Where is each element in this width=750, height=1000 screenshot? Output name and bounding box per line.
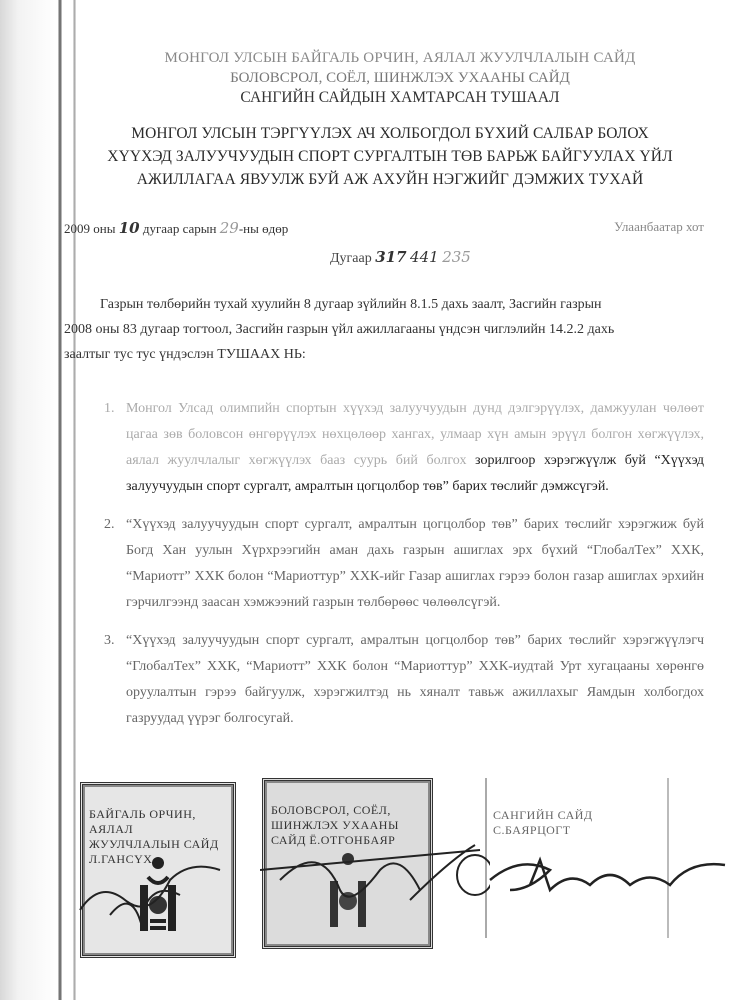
seal-text: САНГИЙН САЙД С.БАЯРЦОГТ <box>493 808 661 838</box>
number-handwritten-2: 441 <box>410 248 439 266</box>
header-ministry-1: МОНГОЛ УЛСЫН БАЙГАЛЬ ОРЧИН, АЯЛАЛ ЖУУЛЧЛ… <box>100 48 700 68</box>
preamble-line-3: заалтыг тус тус үндэслэн ТУШААХ НЬ: <box>64 342 704 367</box>
document-number: Дугаар 317 441 235 <box>330 248 471 267</box>
document-title: МОНГОЛ УЛСЫН ТЭРГҮҮЛЭХ АЧ ХОЛБОГДОЛ БҮХИ… <box>70 122 710 191</box>
document-date: 2009 оны 10 дугаар сарын 29-ны өдөр <box>64 219 288 237</box>
preamble-line-1: Газрын төлбөрийн тухай хуулийн 8 дугаар … <box>64 292 704 317</box>
header-ministry-2: БОЛОВСРОЛ, СОЁЛ, ШИНЖЛЭХ УХААНЫ САЙД <box>100 68 700 88</box>
number-handwritten-1: 317 <box>375 248 406 266</box>
title-line-2: ХҮҮХЭД ЗАЛУУЧУУДЫН СПОРТ СУРГАЛТЫН ТӨВ Б… <box>70 145 710 168</box>
signature-block: БАЙГАЛЬ ОРЧИН, АЯЛАЛ ЖУУЛЧЛАЛЫН САЙД Л.Г… <box>0 770 750 1000</box>
date-day-handwritten: 29 <box>220 219 239 237</box>
number-handwritten-3: 235 <box>442 248 471 266</box>
date-year: 2009 <box>64 221 90 236</box>
document-header: МОНГОЛ УЛСЫН БАЙГАЛЬ ОРЧИН, АЯЛАЛ ЖУУЛЧЛ… <box>100 48 700 108</box>
document-place: Улаанбаатар хот <box>614 219 704 235</box>
signature-2 <box>260 830 490 920</box>
order-item-text: “Хүүхэд залуучуудын спорт сургалт, амрал… <box>126 517 704 610</box>
order-item: 1. Монгол Улсад олимпийн спортын хүүхэд … <box>104 396 704 500</box>
title-line-3: АЖИЛЛАГАА ЯВУУЛЖ БУЙ АЖ АХУЙН НЭГЖИЙГ ДЭ… <box>70 168 710 191</box>
signature-1 <box>70 840 250 930</box>
date-month-handwritten: 10 <box>119 219 140 237</box>
signature-3 <box>480 850 730 910</box>
title-line-1: МОНГОЛ УЛСЫН ТЭРГҮҮЛЭХ АЧ ХОЛБОГДОЛ БҮХИ… <box>70 122 710 145</box>
order-item-text: “Хүүхэд залуучуудын спорт сургалт, амрал… <box>126 633 704 726</box>
order-item: 2. “Хүүхэд залуучуудын спорт сургалт, ам… <box>104 512 704 616</box>
order-items: 1. Монгол Улсад олимпийн спортын хүүхэд … <box>104 396 704 744</box>
preamble-line-2: 2008 оны 83 дугаар тогтоол, Засгийн газр… <box>64 317 704 342</box>
preamble: Газрын төлбөрийн тухай хуулийн 8 дугаар … <box>64 292 704 367</box>
header-joint-order: САНГИЙН САЙДЫН ХАМТАРСАН ТУШААЛ <box>100 88 700 108</box>
order-item: 3. “Хүүхэд залуучуудын спорт сургалт, ам… <box>104 628 704 732</box>
